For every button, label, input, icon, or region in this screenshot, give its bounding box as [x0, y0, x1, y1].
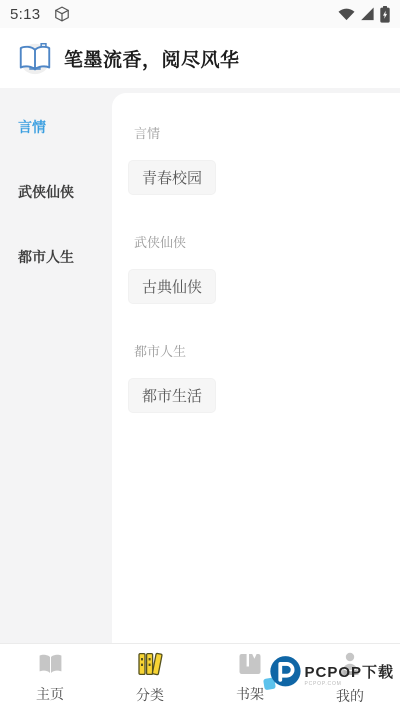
tag-campus[interactable]: 青春校园: [128, 160, 216, 195]
profile-reader-icon: [338, 652, 362, 682]
section-header: 武侠仙侠: [134, 232, 384, 251]
status-time: 5:13: [10, 6, 40, 23]
section-wuxia: 武侠仙侠 古典仙侠: [128, 232, 384, 304]
cube-icon: [53, 5, 71, 23]
tab-label: 书架: [236, 684, 264, 704]
home-book-icon: [37, 653, 64, 680]
app-screen: 5:13: [0, 0, 400, 711]
subcategory-panel: 言情 青春校园 武侠仙侠 古典仙侠 都市人生 都市生活: [112, 93, 400, 643]
section-header: 言情: [134, 123, 384, 142]
section-header: 都市人生: [134, 341, 384, 360]
page-title: 笔墨流香，阅尽风华: [64, 45, 240, 72]
sidebar-item-wuxia[interactable]: 武侠仙侠: [0, 177, 112, 207]
section-urban: 都市人生 都市生活: [128, 341, 384, 413]
open-book-icon: [16, 39, 54, 77]
bookshelf-icon: [238, 653, 262, 680]
app-header: 笔墨流香，阅尽风华: [0, 28, 400, 88]
bottom-tab-bar: 主页 分类: [0, 643, 400, 711]
tag-urban-life[interactable]: 都市生活: [128, 378, 216, 413]
battery-charging-icon: [380, 6, 390, 23]
tab-label: 我的: [336, 686, 364, 706]
category-books-icon: [137, 652, 164, 681]
tab-home[interactable]: 主页: [0, 644, 100, 711]
sidebar-item-romance[interactable]: 言情: [0, 112, 112, 142]
tab-mine[interactable]: 我的: [300, 644, 400, 711]
signal-icon: [360, 7, 375, 21]
tab-bookshelf[interactable]: 书架: [200, 644, 300, 711]
tab-label: 主页: [36, 684, 64, 704]
section-romance: 言情 青春校园: [128, 123, 384, 195]
status-bar: 5:13: [0, 0, 400, 28]
tag-classic-xianxia[interactable]: 古典仙侠: [128, 269, 216, 304]
wifi-icon: [338, 7, 355, 21]
sidebar-item-urban[interactable]: 都市人生: [0, 242, 112, 272]
tab-label: 分类: [136, 685, 164, 705]
category-sidebar: 言情 武侠仙侠 都市人生: [0, 88, 112, 643]
tab-category[interactable]: 分类: [100, 644, 200, 711]
category-content: 言情 武侠仙侠 都市人生 言情 青春校园 武侠仙侠 古典仙侠 都市人生 都市: [0, 88, 400, 643]
